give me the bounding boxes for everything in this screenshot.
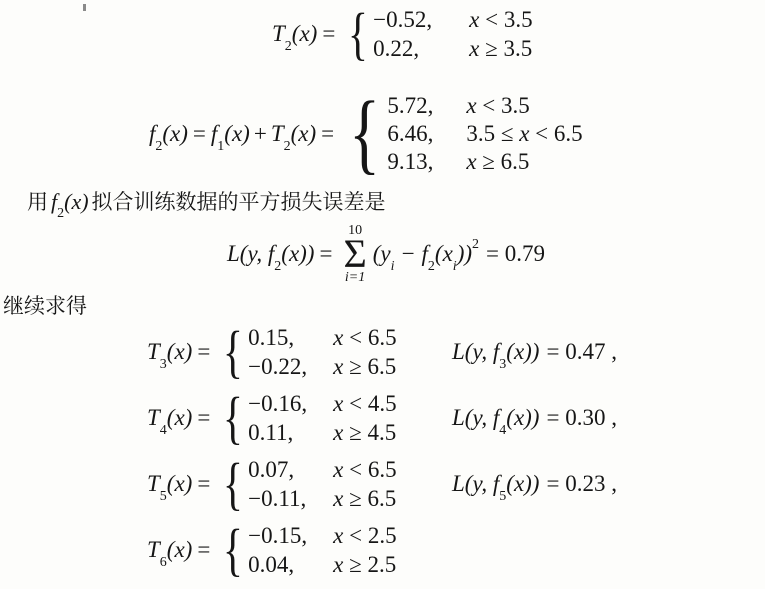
left-brace: { [223, 455, 243, 513]
case-condition: x ≥ 6.5 [466, 148, 582, 176]
equals-sign: = [322, 21, 335, 46]
equals-sign: = [321, 121, 334, 146]
cond-var: x [466, 93, 476, 118]
case-condition: x ≥ 2.5 [333, 550, 396, 579]
equals-sign: = [197, 537, 210, 562]
cn-text: 拟合训练数据的平方损失误差是 [92, 190, 386, 214]
case-condition: x < 3.5 [466, 92, 582, 120]
func-subscript: 3 [499, 357, 506, 372]
step-T3: T3(x)= { 0.15, x < 6.5 −0.22, x ≥ 6.5 L(… [147, 323, 762, 381]
step-T6: T6(x)= { −0.15, x < 2.5 0.04, x ≥ 2.5 [147, 521, 762, 579]
func-name: T [271, 121, 284, 146]
equals-sign: = [197, 471, 210, 496]
loss-value: = 0.47 , [546, 339, 616, 364]
loss-value: = 0.30 , [546, 405, 616, 430]
case-value: 0.11, [248, 418, 333, 447]
func-subscript: 1 [217, 139, 224, 154]
equation-f2-lhs: f2(x)=f1(x)+T2(x)= [149, 120, 339, 148]
document-page: T2(x)= { −0.52, x < 3.5 0.22, x ≥ 3.5 f2… [0, 0, 765, 589]
case-value: 0.07, [248, 455, 333, 484]
cond-var: x [333, 354, 343, 379]
cond-var: x [469, 36, 479, 61]
func-name: T [147, 471, 160, 496]
cond-rel: < 3.5 [477, 93, 530, 118]
cond-var: x [333, 552, 343, 577]
func-arg: (x) [167, 339, 193, 364]
case-value: −0.15, [248, 521, 333, 550]
case-value: −0.16, [248, 389, 333, 418]
sigma-symbol: Σ [343, 238, 366, 270]
cond-var: x [333, 420, 343, 445]
case-condition: x < 4.5 [333, 389, 396, 418]
loss-value: = 0.79 [486, 241, 545, 266]
inline-math-f2: f2(x) [51, 189, 89, 214]
term: (y [373, 241, 391, 266]
cond-var: x [333, 325, 343, 350]
case-condition: x < 2.5 [333, 521, 396, 550]
case-condition: x < 6.5 [333, 323, 396, 352]
case-condition: x ≥ 6.5 [333, 352, 396, 381]
func-subscript: 2 [155, 139, 162, 154]
term: (x [435, 241, 453, 266]
cond-rel: < 6.5 [343, 457, 396, 482]
cond-var: x [333, 486, 343, 511]
case-value: −0.22, [248, 352, 333, 381]
func-subscript: 2 [274, 259, 281, 274]
equation-loss-f2: L(y, f2(x))= 10 Σ i=1 (yi − f2(xi))2= 0.… [227, 221, 545, 287]
cases-T3: 0.15, x < 6.5 −0.22, x ≥ 6.5 [248, 323, 396, 381]
func-arg: (x)) [506, 405, 539, 430]
cases-T6: −0.15, x < 2.5 0.04, x ≥ 2.5 [248, 521, 396, 579]
func-name: T [147, 405, 160, 430]
cond-rel: < 6.5 [343, 325, 396, 350]
case-condition: x < 6.5 [333, 455, 396, 484]
term: − f [395, 241, 428, 266]
func-subscript: 4 [499, 423, 506, 438]
equals-sign: = [197, 405, 210, 430]
cond-var: x [333, 523, 343, 548]
paragraph-squared-loss: 用f2(x)拟合训练数据的平方损失误差是 [27, 187, 386, 217]
loss-lhs: L(y, f2(x))= [227, 240, 337, 268]
cases-T4: −0.16, x < 4.5 0.11, x ≥ 4.5 [248, 389, 396, 447]
case-condition: 3.5 ≤ x < 6.5 [466, 120, 582, 148]
func-subscript: 2 [284, 139, 291, 154]
case-value: 0.22, [373, 34, 469, 63]
equation-T6-lhs: T6(x)= [147, 536, 215, 564]
case-condition: x ≥ 3.5 [469, 34, 532, 63]
equation-T2: T2(x)= { −0.52, x < 3.5 0.22, x ≥ 3.5 [272, 5, 533, 63]
func-arg: (x) [64, 189, 88, 214]
func-subscript: 5 [499, 489, 506, 504]
cond-rel: < 6.5 [529, 121, 582, 146]
square-exponent: 2 [472, 237, 479, 252]
case-condition: x ≥ 4.5 [333, 418, 396, 447]
func-arg: (x) [162, 121, 188, 146]
cond-rel: ≥ 2.5 [343, 552, 396, 577]
cond-rel: ≥ 6.5 [477, 149, 530, 174]
summation: 10 Σ i=1 [343, 223, 366, 286]
loss-result-f3: L(y, f3(x))= 0.47 , [452, 338, 617, 366]
func-arg: (x) [292, 21, 318, 46]
sum-lower-limit: i=1 [345, 270, 365, 285]
equals-sign: = [193, 121, 206, 146]
index-subscript: i [391, 259, 395, 274]
case-value: 9.13, [387, 148, 466, 176]
case-condition: x ≥ 6.5 [333, 484, 396, 513]
cases-T2: −0.52, x < 3.5 0.22, x ≥ 3.5 [373, 5, 532, 63]
cond-pre: 3.5 ≤ [466, 121, 519, 146]
loss-func: L(y, f [227, 241, 274, 266]
func-name: T [272, 21, 285, 46]
left-brace: { [223, 389, 243, 447]
cond-rel: ≥ 6.5 [343, 486, 396, 511]
left-brace: { [223, 323, 243, 381]
func-subscript: 3 [160, 357, 167, 372]
equation-f2: f2(x)=f1(x)+T2(x)= { 5.72, x < 3.5 6.46,… [149, 89, 583, 179]
cond-rel: ≥ 4.5 [343, 420, 396, 445]
equals-sign: = [197, 339, 210, 364]
func-subscript: 4 [160, 423, 167, 438]
case-value: 6.46, [387, 120, 466, 148]
cond-rel: < 4.5 [343, 391, 396, 416]
func-arg: (x) [224, 121, 250, 146]
paragraph-continue: 继续求得 [3, 292, 87, 320]
func-arg: (x) [167, 405, 193, 430]
loss-func: L(y, f [452, 405, 499, 430]
loss-body: (yi − f2(xi))2= 0.79 [373, 240, 545, 268]
cond-rel: < 2.5 [343, 523, 396, 548]
equation-T3-lhs: T3(x)= [147, 338, 215, 366]
loss-result-f5: L(y, f5(x))= 0.23 , [452, 470, 617, 498]
cond-var: x [466, 149, 476, 174]
scan-speck [83, 4, 86, 11]
func-subscript: 5 [160, 489, 167, 504]
func-arg: (x) [291, 121, 317, 146]
equals-sign: = [319, 241, 332, 266]
cond-var: x [469, 7, 479, 32]
cn-text: 继续求得 [3, 294, 87, 318]
left-brace: { [348, 5, 368, 63]
equation-T4-lhs: T4(x)= [147, 404, 215, 432]
cond-rel: ≥ 6.5 [343, 354, 396, 379]
term: )) [457, 241, 472, 266]
cond-rel: < 3.5 [479, 7, 532, 32]
loss-result-f4: L(y, f4(x))= 0.30 , [452, 404, 617, 432]
plus-sign: + [254, 121, 267, 146]
left-brace: { [223, 521, 243, 579]
func-subscript: 2 [57, 206, 64, 221]
case-condition: x < 3.5 [469, 5, 532, 34]
cond-var: x [333, 457, 343, 482]
left-brace: { [349, 89, 380, 179]
loss-value: = 0.23 , [546, 471, 616, 496]
func-arg: (x) [167, 471, 193, 496]
case-value: 0.04, [248, 550, 333, 579]
func-name: T [147, 537, 160, 562]
loss-func: L(y, f [452, 339, 499, 364]
equation-T5-lhs: T5(x)= [147, 470, 215, 498]
cases-f2: 5.72, x < 3.5 6.46, 3.5 ≤ x < 6.5 9.13, … [387, 92, 582, 176]
func-subscript: 6 [160, 555, 167, 570]
case-value: 5.72, [387, 92, 466, 120]
case-value: −0.11, [248, 484, 333, 513]
func-arg: (x) [167, 537, 193, 562]
cases-T5: 0.07, x < 6.5 −0.11, x ≥ 6.5 [248, 455, 396, 513]
equation-T6: T6(x)= { −0.15, x < 2.5 0.04, x ≥ 2.5 [147, 521, 762, 579]
func-subscript: 2 [285, 39, 292, 54]
loss-func: L(y, f [452, 471, 499, 496]
step-T5: T5(x)= { 0.07, x < 6.5 −0.11, x ≥ 6.5 L(… [147, 455, 762, 513]
index-subscript: i [453, 259, 457, 274]
cond-var: x [519, 121, 529, 146]
cond-var: x [333, 391, 343, 416]
step-T4: T4(x)= { −0.16, x < 4.5 0.11, x ≥ 4.5 L(… [147, 389, 762, 447]
func-arg: (x)) [506, 339, 539, 364]
case-value: −0.52, [373, 5, 469, 34]
equation-T2-lhs: T2(x)= [272, 20, 340, 48]
func-subscript: 2 [428, 259, 435, 274]
cn-text: 用 [27, 190, 48, 214]
cond-rel: ≥ 3.5 [479, 36, 532, 61]
func-name: T [147, 339, 160, 364]
func-arg: (x)) [506, 471, 539, 496]
case-value: 0.15, [248, 323, 333, 352]
func-arg: (x)) [281, 241, 314, 266]
